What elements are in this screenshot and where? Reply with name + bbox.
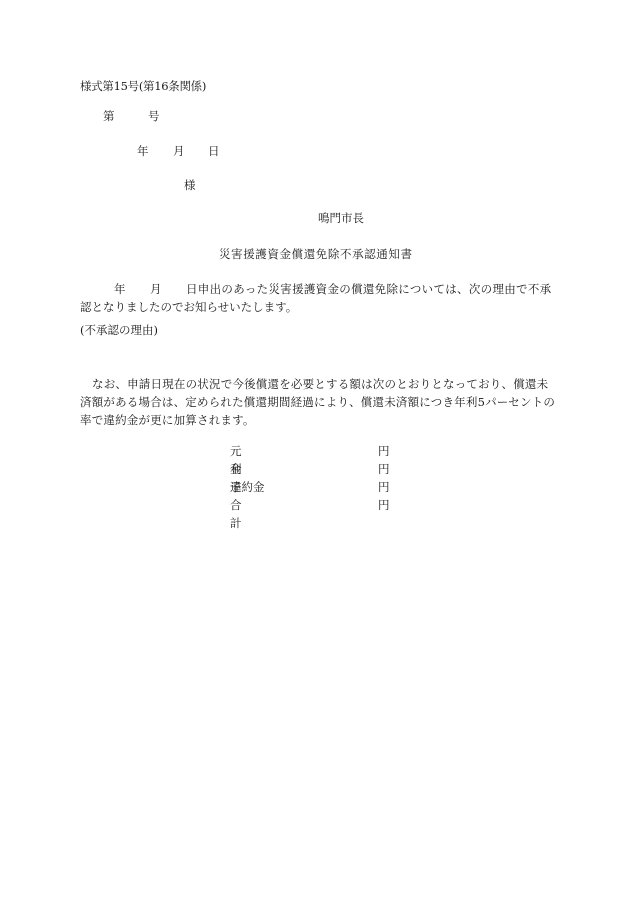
application-year: 年 (114, 280, 150, 298)
application-month: 月 (150, 280, 186, 298)
amount-row-penalty: 違約金 円 (230, 478, 400, 496)
amount-unit: 円 (378, 460, 400, 478)
repayment-line-3: 率で違約金が更に加算されます。 (80, 411, 550, 429)
document-number-prefix: 第 (103, 111, 115, 123)
date-month: 月 (173, 146, 185, 158)
sender: 鳴門市長 (318, 213, 364, 225)
notice-line-1: 年月日申出のあった災害援護資金の償還免除については、次の理由で不承 (80, 280, 550, 298)
document-number-suffix: 号 (148, 111, 160, 123)
notice-line-2: 認となりましたのでお知らせいたします。 (80, 298, 550, 316)
addressee-suffix: 様 (184, 180, 196, 192)
amount-unit: 円 (378, 442, 400, 460)
repayment-paragraph: なお、申請日現在の状況で今後償還を必要とする額は次のとおりとなっており、償還未 … (80, 375, 550, 429)
amount-label: 利子 (230, 460, 270, 478)
amount-unit: 円 (378, 478, 400, 496)
amount-row-total: 合計 円 (230, 496, 400, 514)
amount-unit: 円 (378, 496, 400, 514)
notice-line-1-text: 日申出のあった災害援護資金の償還免除については、次の理由で不承 (186, 282, 551, 296)
date-day: 日 (208, 146, 220, 158)
repayment-line-1: なお、申請日現在の状況で今後償還を必要とする額は次のとおりとなっており、償還未 (80, 375, 550, 393)
amount-label: 違約金 (230, 478, 270, 496)
amount-row-principal: 元金 円 (230, 442, 400, 460)
amount-row-interest: 利子 円 (230, 460, 400, 478)
amount-label: 合計 (230, 496, 270, 514)
notice-paragraph: 年月日申出のあった災害援護資金の償還免除については、次の理由で不承 認となりまし… (80, 280, 550, 316)
form-number: 様式第15号(第16条関係) (80, 81, 206, 93)
repayment-line-2: 済額がある場合は、定められた償還期間経過により、償還未済額につき年利5パーセント… (80, 393, 550, 411)
document-page: 様式第15号(第16条関係) 第 号 年 月 日 様 鳴門市長 災害援護資金償還… (0, 0, 630, 903)
amounts-table: 元金 円 利子 円 違約金 円 合計 円 (230, 442, 400, 514)
date-year: 年 (137, 146, 149, 158)
reason-label: (不承認の理由) (80, 325, 158, 337)
amount-label: 元金 (230, 442, 270, 460)
document-title: 災害援護資金償還免除不承認通知書 (219, 249, 413, 261)
